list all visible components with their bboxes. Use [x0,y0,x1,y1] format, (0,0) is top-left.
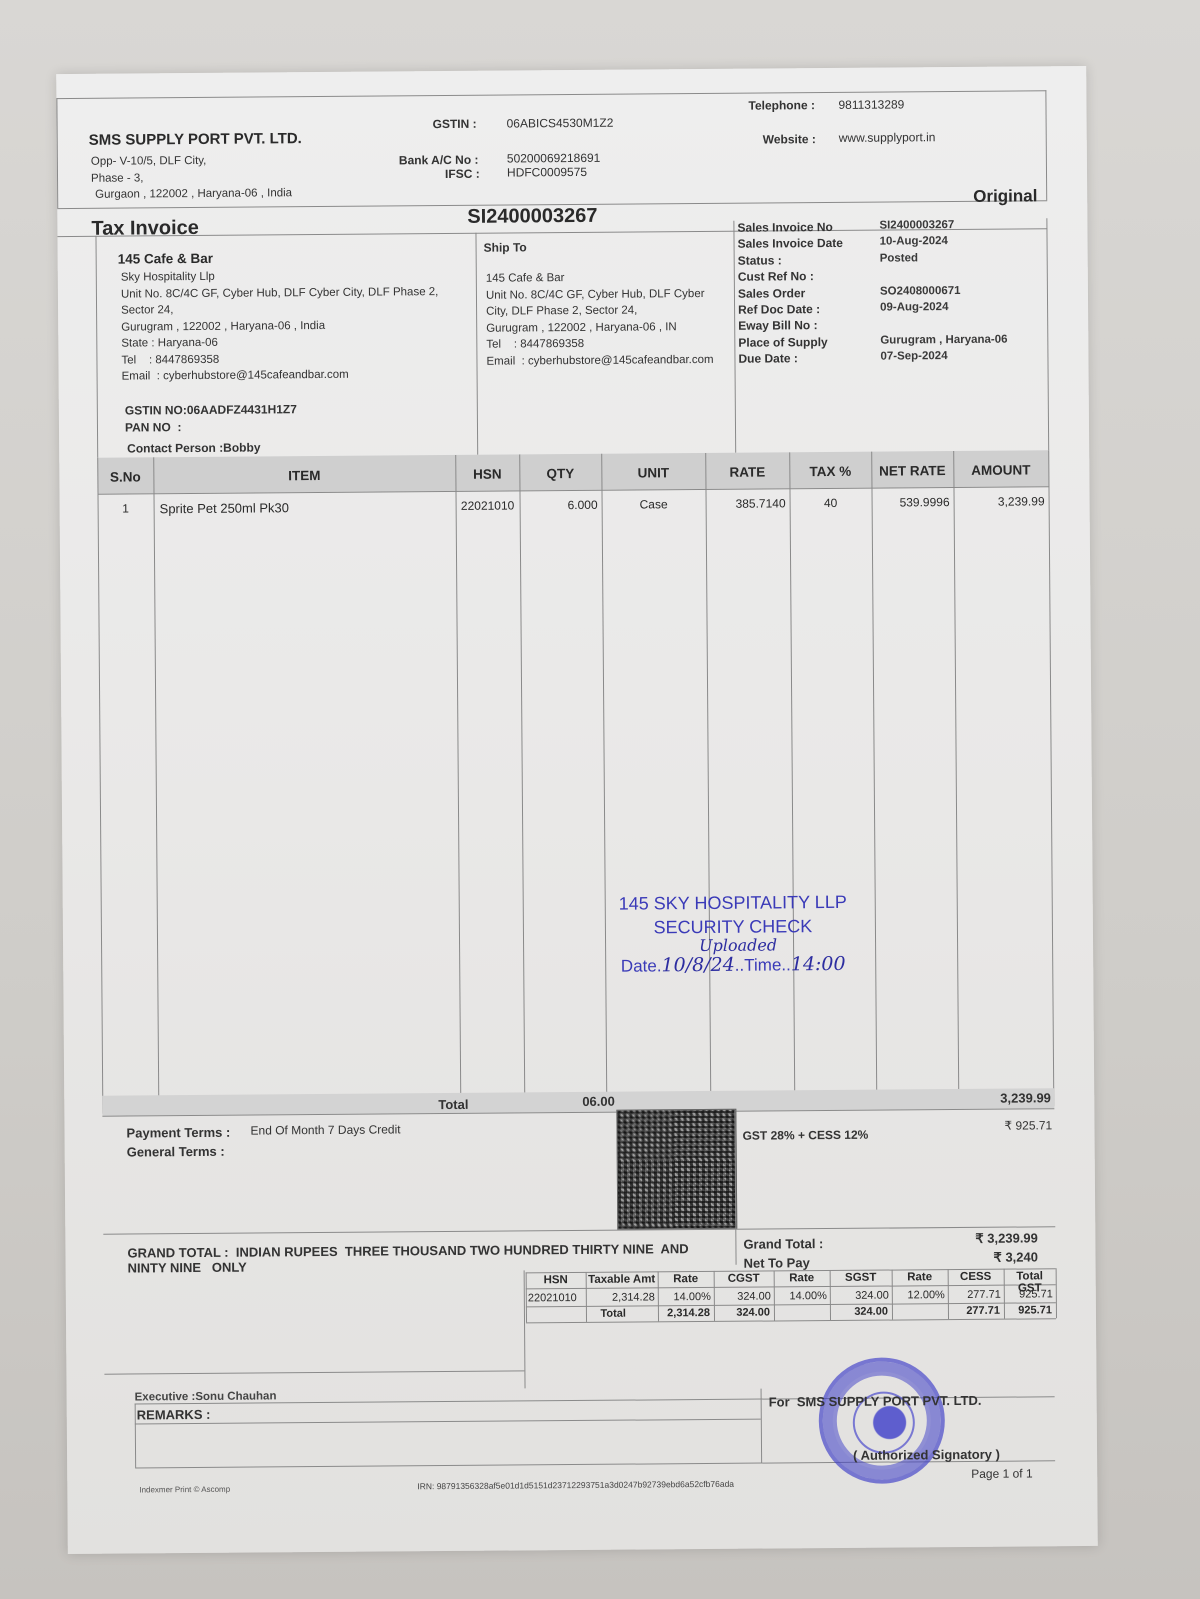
ifsc-code: HDFC0009575 [507,165,587,180]
meta-row: Status :Posted [738,251,1038,269]
cell-item: Sprite Pet 250ml Pk30 [158,499,454,516]
meta-value: Gurugram , Haryana-06 [880,333,1007,346]
seller-address-line: Phase - 3, [91,169,292,187]
company-seal [818,1357,945,1484]
meta-label: Sales Order [738,286,805,301]
meta-row: Sales Invoice Date10-Aug-2024 [738,235,1038,253]
items-total-label: Total [438,1097,468,1112]
column-header-amount: AMOUNT [953,462,1048,478]
column-header-item: ITEM [153,467,455,484]
bank-account: 50200069218691 [507,151,601,166]
gst-amount: ₹ 925.71 [1004,1118,1052,1132]
meta-label: Sales Invoice No [737,220,832,235]
gstin-label: GSTIN : [433,117,477,131]
tax-header-cess: CESS [948,1271,1004,1283]
irn-number: IRN: 98791356328af5e01d1d5151d2371229375… [417,1479,734,1491]
for-company: For SMS SUPPLY PORT PVT. LTD. [769,1393,982,1410]
tax-header-hsn: HSN [526,1274,586,1286]
meta-value: 07-Sep-2024 [880,350,947,363]
meta-label: Sales Invoice Date [738,236,843,251]
invoice-number: SI2400003267 [467,205,597,229]
ship-to-line: Tel : 8447869358 [486,335,713,353]
invoice-page: SMS SUPPLY PORT PVT. LTD. Opp- V-10/5, D… [56,66,1098,1554]
tax-total-cell: 2,314.28 [626,1307,710,1320]
authorized-signatory: ( Authorized Signatory ) [853,1447,1000,1463]
column-header-rate: RATE [705,464,789,480]
ship-to-address: 145 Cafe & Bar Unit No. 8C/4C GF, Cyber … [486,269,714,370]
bill-to-address: Sky Hospitality Llp Unit No. 8C/4C GF, C… [121,267,439,385]
tax-cell: 14.00% [776,1290,827,1302]
meta-row: Sales Invoice NoSI2400003267 [737,218,1037,236]
table-row[interactable]: 1Sprite Pet 250ml Pk30220210106.000Case3… [56,66,1086,74]
divider [1045,90,1047,200]
ship-to-heading: Ship To [484,240,527,254]
bill-to-name: 145 Cafe & Bar [118,251,213,267]
ifsc-label: IFSC : [445,167,480,181]
ship-to-line: Email : cyberhubstore@145cafeandbar.com [486,351,713,369]
cell-tax: 40 [794,496,868,511]
tax-cell: 14.00% [660,1291,711,1303]
tax-cell: 2,314.28 [588,1291,655,1304]
tax-cell: 324.00 [716,1290,771,1302]
column-header-hsn: HSN [455,466,519,482]
column-divider [455,455,461,1111]
stamp-time-value: 14:00 [791,953,846,975]
divider [135,1419,761,1425]
ship-to-line: 145 Cafe & Bar [486,269,713,287]
items-total-qty: 06.00 [582,1094,615,1109]
items-total-amount: 3,239.99 [1000,1090,1051,1105]
meta-label: Cust Ref No : [738,269,814,284]
meta-label: Eway Bill No : [738,318,817,333]
meta-value: SO2408000671 [880,285,961,298]
seller-address: Opp- V-10/5, DLF City, Phase - 3, Gurgao… [91,152,292,203]
payment-terms-value: End Of Month 7 Days Credit [250,1122,400,1137]
tax-summary-table: HSNTaxable AmtRateCGSTRateSGSTRateCESSTo… [56,66,1086,74]
stamp-date-time: Date.10/8/24..Time..14:00 [603,952,863,979]
meta-label: Ref Doc Date : [738,302,820,317]
meta-row: Eway Bill No : [738,317,1038,335]
tax-header-rate: Rate [892,1271,948,1283]
divider [735,1229,736,1265]
divider [104,1370,524,1374]
divider [56,98,58,208]
seller-gstin: 06ABICS4530M1Z2 [507,116,614,131]
stamp-line: 145 SKY HOSPITALITY LLP [603,890,863,916]
divider [733,221,736,453]
general-terms-label: General Terms : [127,1144,225,1160]
column-header-unit: UNIT [601,465,705,481]
items-column-lines [56,66,1086,74]
meta-row: Due Date :07-Sep-2024 [738,350,1038,368]
tax-total-label: Total [586,1308,626,1320]
tax-cell: 22021010 [528,1292,583,1304]
meta-label: Status : [738,253,782,267]
grand-total-value: ₹ 3,239.99 [975,1230,1038,1246]
remarks-label: REMARKS : [137,1407,211,1423]
column-header-qty: QTY [519,466,601,482]
telephone-label: Telephone : [748,98,815,113]
divider [761,1389,763,1463]
cell-rate: 385.7140 [710,496,786,511]
tax-total-cell: 324.00 [714,1307,770,1319]
ship-to-line: Unit No. 8C/4C GF, Cyber Hub, DLF Cyber [486,285,713,303]
seller-name: SMS SUPPLY PORT PVT. LTD. [89,130,302,149]
payment-terms-label: Payment Terms : [126,1125,230,1141]
meta-row: Sales OrderSO2408000671 [738,284,1038,302]
column-header-tax: TAX % [789,464,871,480]
tax-total-cell: 925.71 [1004,1304,1052,1316]
tax-cell: 324.00 [832,1290,889,1302]
stamp-time-label: Time. [744,955,786,974]
ship-to-line: City, DLF Phase 2, Sector 24, [486,302,713,320]
seller-address-line: Opp- V-10/5, DLF City, [91,152,292,170]
items-table-body: 1Sprite Pet 250ml Pk30220210106.000Case3… [56,66,1086,74]
bill-to-pan: PAN NO : [125,420,182,434]
items-header-cells: S.NoITEMHSNQTYUNITRATETAX %NET RATEAMOUN… [56,66,1086,74]
divider [95,236,98,458]
cell-net-rate: 539.9996 [876,495,950,510]
tax-header-rate: Rate [774,1272,830,1284]
page-number: Page 1 of 1 [971,1466,1032,1480]
grand-total-label: Grand Total : [743,1236,823,1252]
column-divider [871,452,877,1108]
column-header-net-rate: NET RATE [871,463,953,479]
divider [1046,218,1049,450]
meta-row: Ref Doc Date :09-Aug-2024 [738,300,1038,318]
qr-code [616,1109,737,1230]
cell-sno: 1 [102,501,150,515]
bill-to-line: Email : cyberhubstore@145cafeandbar.com [122,366,440,385]
net-to-pay-label: Net To Pay [744,1255,810,1271]
tax-header-taxable-amt: Taxable Amt [586,1273,658,1286]
column-divider [789,452,795,1108]
cell-hsn: 22021010 [460,498,516,512]
tax-header-rate: Rate [658,1273,714,1285]
website-label: Website : [763,132,816,146]
tax-header-cgst: CGST [714,1272,774,1284]
stamp-date-value: 10/8/24 [661,954,734,977]
telephone: 9811313289 [838,97,904,112]
tax-header-sgst: SGST [830,1272,892,1284]
website-link[interactable]: www.supplyport.in [839,130,936,145]
column-divider [705,453,711,1109]
column-divider [153,457,159,1113]
divider [1048,450,1054,1106]
bank-label: Bank A/C No : [399,153,479,168]
net-to-pay-value: ₹ 3,240 [993,1249,1038,1265]
tax-cell: 925.71 [1006,1288,1053,1300]
divider [103,1226,1055,1234]
divider [97,458,103,1114]
document-title: Tax Invoice [91,217,199,241]
ship-to-line: Gurugram , 122002 , Haryana-06 , IN [486,318,713,336]
amount-in-words: GRAND TOTAL : INDIAN RUPEES THREE THOUSA… [127,1241,688,1275]
divider [475,233,478,455]
cell-amount: 3,239.99 [958,494,1045,509]
cell-unit: Case [606,497,702,512]
meta-row: Cust Ref No : [738,268,1038,286]
gst-note: GST 28% + CESS 12% [743,1128,869,1143]
bill-to-line: Unit No. 8C/4C GF, Cyber Hub, DLF Cyber … [121,284,439,303]
executive-name: Executive :Sonu Chauhan [135,1390,277,1403]
copy-type: Original [973,186,1037,207]
tax-cell: 277.71 [950,1289,1001,1301]
meta-label: Due Date : [738,351,797,365]
stamp-date-label: Date. [621,956,662,975]
cell-qty: 6.000 [524,498,598,513]
security-stamp: 145 SKY HOSPITALITY LLP SECURITY CHECK U… [603,890,864,979]
meta-value: SI2400003267 [879,219,954,232]
contact-person: Contact Person :Bobby [127,440,260,455]
column-divider [601,454,607,1110]
seller-address-line: Gurgaon , 122002 , Haryana-06 , India [91,185,292,203]
meta-value: Posted [880,252,918,264]
tax-total-cell: 324.00 [830,1306,888,1318]
meta-value: 09-Aug-2024 [880,301,948,314]
meta-value: 10-Aug-2024 [880,235,948,248]
printer-credit: Indexmer Print © Ascomp [139,1485,230,1495]
meta-label: Place of Supply [738,335,827,350]
column-divider [953,451,959,1107]
column-header-s-no: S.No [97,469,153,484]
meta-row: Place of SupplyGurugram , Haryana-06 [738,333,1038,351]
tax-cell: 12.00% [894,1289,945,1301]
tax-total-cell: 277.71 [948,1305,1000,1317]
column-divider [519,454,525,1110]
bill-to-gstin: GSTIN NO:06AADFZ4431H1Z7 [125,402,297,417]
